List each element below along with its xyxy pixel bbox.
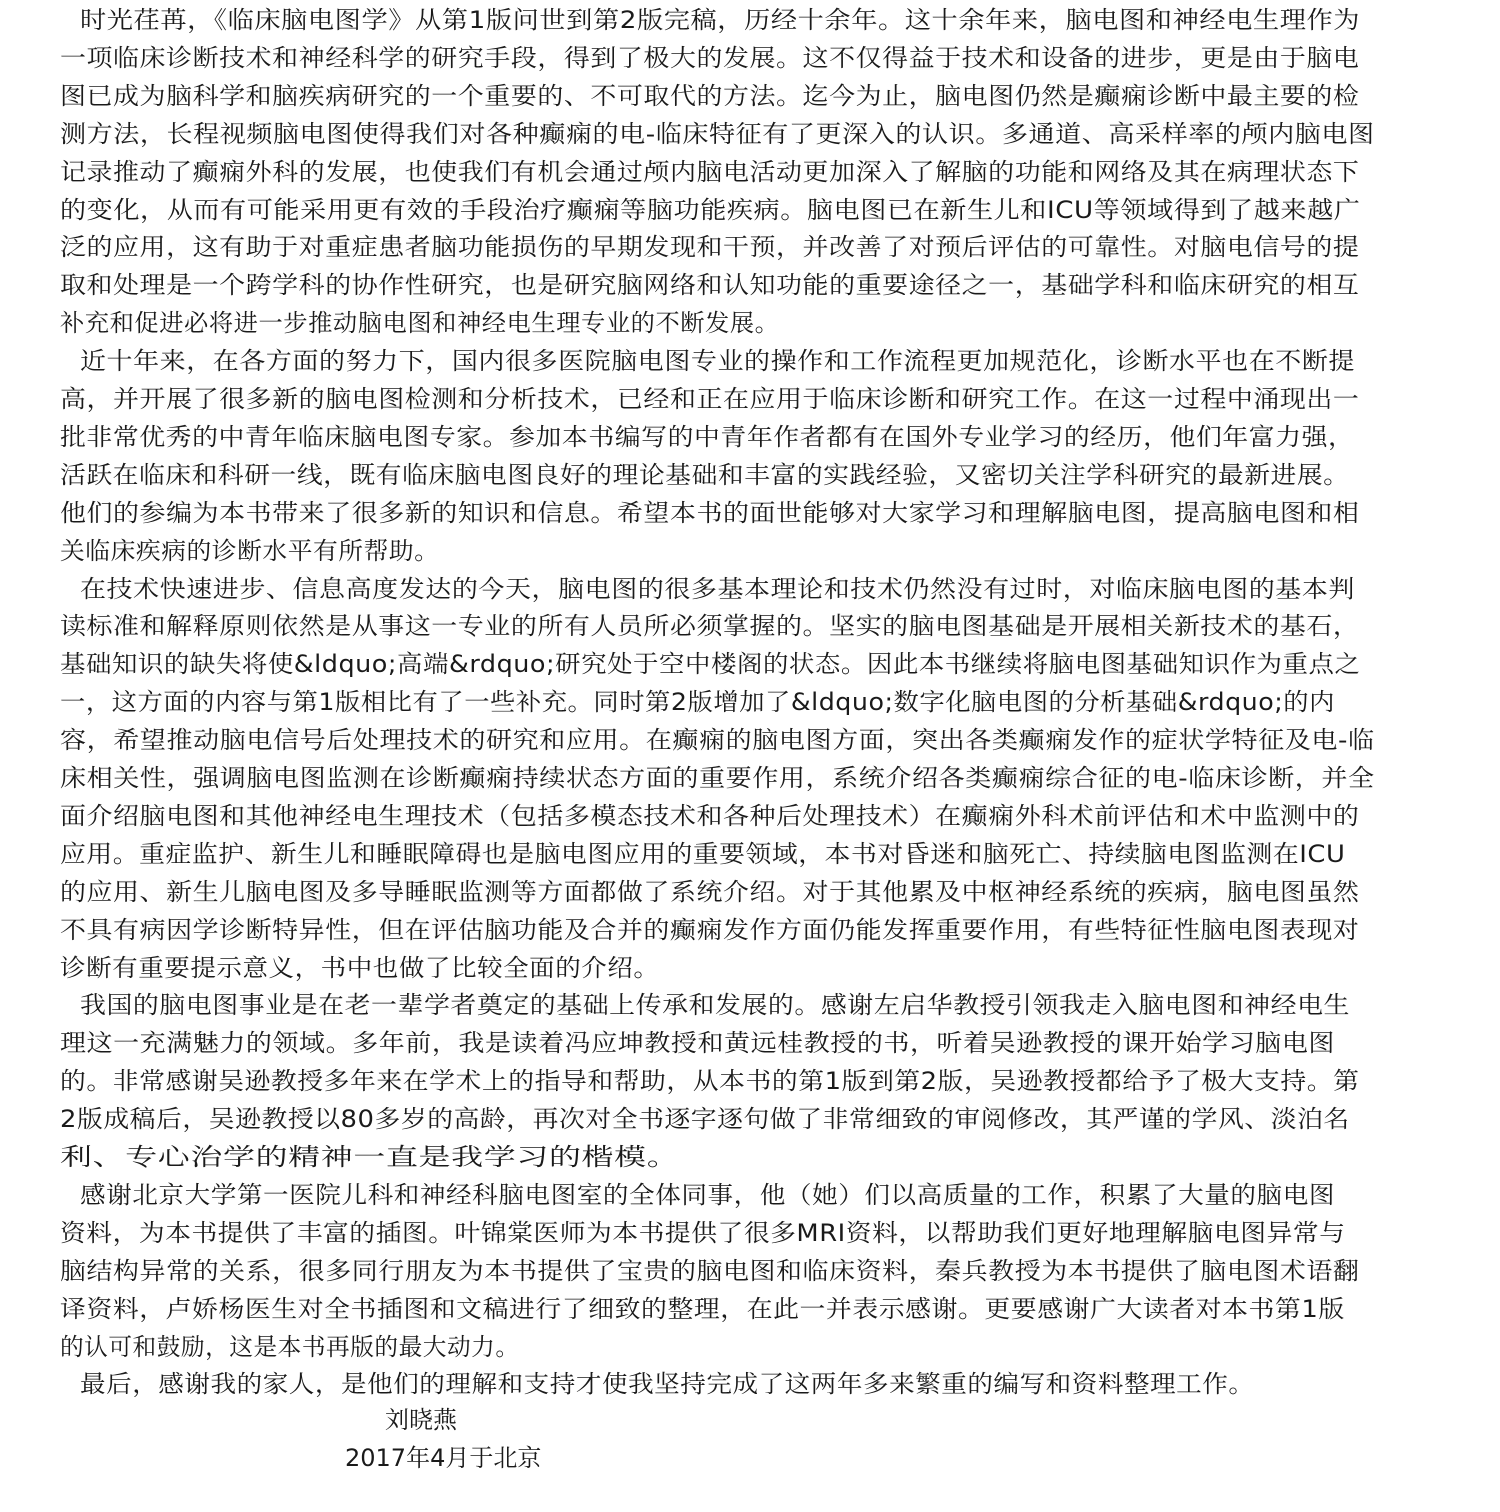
text-line: 图已成为脑科学和脑疾病研究的一个重要的、不可取代的方法。迄今为止，脑电图仍然是癫… — [60, 77, 1359, 115]
text-line: 基础知识的缺失将使&ldquo;高端&rdquo;研究处于空中楼阁的状态。因此本… — [60, 645, 1360, 683]
text-line: 容，希望推动脑电信号后处理技术的研究和应用。在癫痫的脑电图方面，突出各类癫痫发作… — [60, 721, 1375, 759]
text-line: 理这一充满魅力的领域。多年前，我是读着冯应坤教授和黄远桂教授的书，听着吴逊教授的… — [60, 1024, 1335, 1062]
text-line: 最后，感谢我的家人，是他们的理解和支持才使我坚持完成了这两年多来繁重的编写和资料… — [80, 1365, 1254, 1403]
text-line: 近十年来，在各方面的努力下，国内很多医院脑电图专业的操作和工作流程更加规范化，诊… — [80, 342, 1355, 380]
text-line: 感谢北京大学第一医院儿科和神经科脑电图室的全体同事，他（她）们以高质量的工作，积… — [80, 1176, 1335, 1214]
text-line: 的认可和鼓励，这是本书再版的最大动力。 — [60, 1328, 520, 1366]
text-line: 补充和促进必将进一步推动脑电图和神经电生理专业的不断发展。 — [60, 304, 779, 342]
text-line: 应用。重症监护、新生儿和睡眠障碍也是脑电图应用的重要领域，本书对昏迷和脑死亡、持… — [60, 835, 1345, 873]
text-line: 一项临床诊断技术和神经科学的研究手段，得到了极大的发展。这不仅得益于技术和设备的… — [60, 39, 1359, 77]
text-line: 的应用、新生儿脑电图及多导睡眠监测等方面都做了系统介绍。对于其他累及中枢神经系统… — [60, 873, 1359, 911]
text-line: 脑结构异常的关系，很多同行朋友为本书提供了宝贵的脑电图和临床资料，秦兵教授为本书… — [60, 1252, 1359, 1290]
text-line: 利、专心治学的精神一直是我学习的楷模。 — [60, 1138, 679, 1176]
text-line: 关临床疾病的诊断水平有所帮助。 — [60, 532, 439, 570]
text-line: 高，并开展了很多新的脑电图检测和分析技术，已经和正在应用于临床诊断和研究工作。在… — [60, 380, 1359, 418]
text-line: 诊断有重要提示意义，书中也做了比较全面的介绍。 — [60, 949, 659, 987]
text-line: 面介绍脑电图和其他神经电生理技术（包括多模态技术和各种后处理技术）在癫痫外科术前… — [60, 797, 1359, 835]
text-line: 译资料，卢娇杨医生对全书插图和文稿进行了细致的整理，在此一并表示感谢。更要感谢广… — [60, 1290, 1345, 1328]
text-line: 取和处理是一个跨学科的协作性研究，也是研究脑网络和认知功能的重要途径之一，基础学… — [60, 266, 1359, 304]
text-line: 的。非常感谢吴逊教授多年来在学术上的指导和帮助，从本书的第1版到第2版，吴逊教授… — [60, 1062, 1360, 1100]
document-page: 时光荏苒，《临床脑电图学》从第1版问世到第2版完稿，历经十余年。这十余年来，脑电… — [0, 0, 1500, 1512]
text-line: 读标准和解释原则依然是从事这一专业的所有人员所必须掌握的。坚实的脑电图基础是开展… — [60, 607, 1359, 645]
text-line: 批非常优秀的中青年临床脑电图专家。参加本书编写的中青年作者都有在国外专业学习的经… — [60, 418, 1354, 456]
author-name: 刘晓燕 — [385, 1402, 457, 1438]
date-place: 2017年4月于北京 — [345, 1440, 541, 1476]
text-line: 的变化，从而有可能采用更有效的手段治疗癫痫等脑功能疾病。脑电图已在新生儿和ICU… — [60, 191, 1360, 229]
text-line: 测方法，长程视频脑电图使得我们对各种癫痫的电-临床特征有了更深入的认识。多通道、… — [60, 115, 1375, 153]
text-line: 床相关性，强调脑电图监测在诊断癫痫持续状态方面的重要作用，系统介绍各类癫痫综合征… — [60, 759, 1375, 797]
text-line: 不具有病因学诊断特异性，但在评估脑功能及合并的癫痫发作方面仍能发挥重要作用，有些… — [60, 911, 1359, 949]
text-line: 我国的脑电图事业是在老一辈学者奠定的基础上传承和发展的。感谢左启华教授引领我走入… — [80, 986, 1350, 1024]
text-line: 活跃在临床和科研一线，既有临床脑电图良好的理论基础和丰富的实践经验，又密切关注学… — [60, 456, 1349, 494]
text-line: 泛的应用，这有助于对重症患者脑功能损伤的早期发现和干预，并改善了对预后评估的可靠… — [60, 228, 1359, 266]
text-line: 在技术快速进步、信息高度发达的今天，脑电图的很多基本理论和技术仍然没有过时，对临… — [80, 570, 1355, 608]
text-line: 记录推动了癫痫外科的发展，也使我们有机会通过颅内脑电活动更加深入了解脑的功能和网… — [60, 153, 1359, 191]
text-line: 时光荏苒，《临床脑电图学》从第1版问世到第2版完稿，历经十余年。这十余年来，脑电… — [80, 1, 1360, 39]
text-line: 他们的参编为本书带来了很多新的知识和信息。希望本书的面世能够对大家学习和理解脑电… — [60, 494, 1359, 532]
text-line: 一，这方面的内容与第1版相比有了一些补充。同时第2版增加了&ldquo;数字化脑… — [60, 683, 1335, 721]
text-line: 2版成稿后，吴逊教授以80多岁的高龄，再次对全书逐字逐句做了非常细致的审阅修改，… — [60, 1100, 1350, 1138]
text-line: 资料，为本书提供了丰富的插图。叶锦棠医师为本书提供了很多MRI资料，以帮助我们更… — [60, 1214, 1346, 1252]
